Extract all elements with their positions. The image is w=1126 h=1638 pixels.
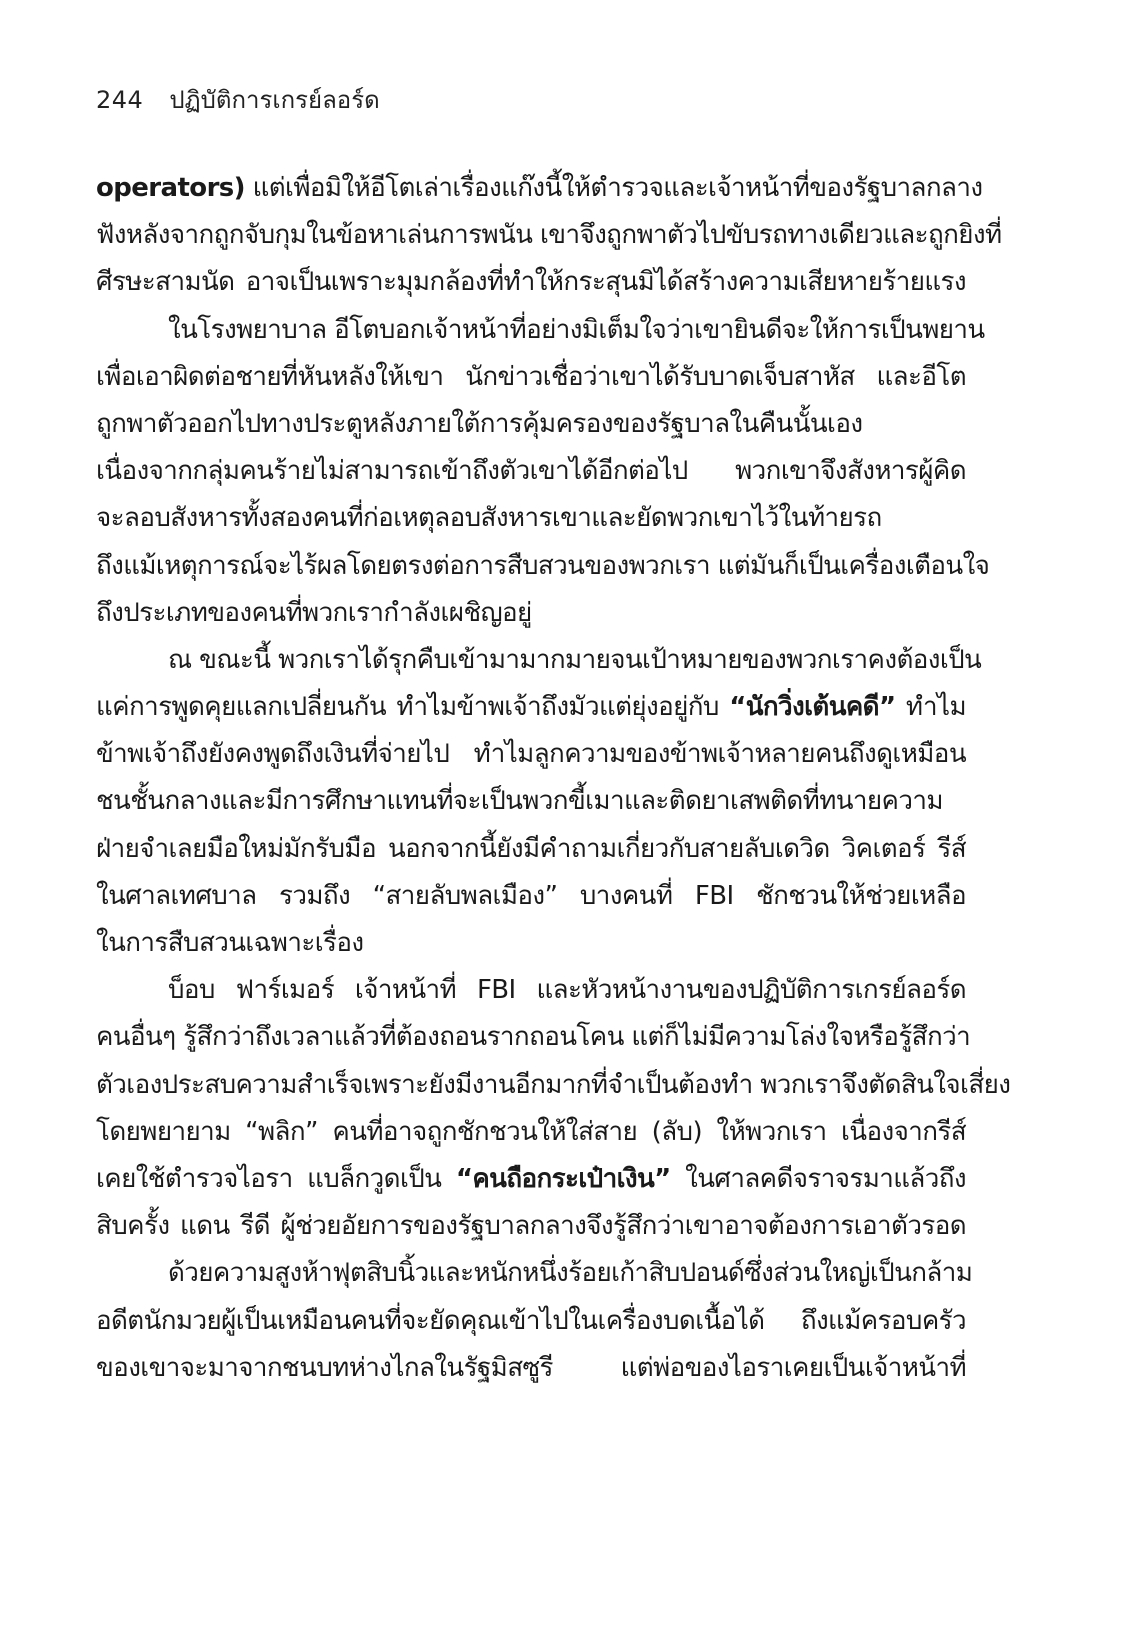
text-line: ถูกพาตัวออกไปทางประตูหลังภายใต้การคุ้มคร… bbox=[96, 401, 966, 448]
text-line: ตัวเองประสบความสำเร็จเพราะยังมีงานอีกมาก… bbox=[96, 1062, 966, 1109]
text-line: จะลอบสังหารทั้งสองคนที่ก่อเหตุลอบสังหารเ… bbox=[96, 495, 966, 542]
text-line: เคยใช้ตำรวจไอรา แบล็กวูดเป็น “คนถือกระเป… bbox=[96, 1156, 966, 1203]
text-line: โดยพยายาม “พลิก” คนที่อาจถูกชักชวนให้ใส่… bbox=[96, 1109, 966, 1156]
running-title: ปฏิบัติการเกรย์ลอร์ด bbox=[169, 82, 379, 118]
text-line: ในศาลเทศบาล รวมถึง “สายลับพลเมือง” บางคน… bbox=[96, 873, 966, 920]
text-line: ถึงแม้เหตุการณ์จะไร้ผลโดยตรงต่อการสืบสวน… bbox=[96, 543, 966, 590]
paragraph-start-line: ณ ขณะนี้ พวกเราได้รุกคืบเข้ามามากมายจนเป… bbox=[96, 637, 966, 684]
text-line: เพื่อเอาผิดต่อชายที่หันหลังให้เขา นักข่า… bbox=[96, 354, 966, 401]
text-line: แค่การพูดคุยแลกเปลี่ยนกัน ทำไมข้าพเจ้าถึ… bbox=[96, 684, 966, 731]
text-line: สิบครั้ง แดน รีดี ผู้ช่วยอัยการของรัฐบาล… bbox=[96, 1203, 966, 1250]
body-text: operators) แต่เพื่อมิให้อีโตเล่าเรื่องแก… bbox=[96, 165, 966, 1392]
text-line: ศีรษะสามนัด อาจเป็นเพราะมุมกล้องที่ทำให้… bbox=[96, 259, 966, 306]
bold-term: “นักวิ่งเต้นคดี” bbox=[729, 692, 895, 722]
paragraph-start-line: ด้วยความสูงห้าฟุตสิบนิ้วและหนักหนึ่งร้อย… bbox=[96, 1250, 966, 1297]
running-header: 244 ปฏิบัติการเกรย์ลอร์ด bbox=[96, 82, 380, 118]
page-number: 244 bbox=[96, 82, 143, 118]
text-line: ของเขาจะมาจากชนบทห่างไกลในรัฐมิสซูรี แต่… bbox=[96, 1345, 966, 1392]
text-line: ฝ่ายจำเลยมือใหม่มักรับมือ นอกจากนี้ยังมี… bbox=[96, 826, 966, 873]
bold-term: operators) bbox=[96, 173, 245, 203]
paragraph-start-line: ในโรงพยาบาล อีโตบอกเจ้าหน้าที่อย่างมิเต็… bbox=[96, 307, 966, 354]
text-line: ชนชั้นกลางและมีการศึกษาแทนที่จะเป็นพวกขี… bbox=[96, 778, 966, 825]
text-line: ข้าพเจ้าถึงยังคงพูดถึงเงินที่จ่ายไป ทำไม… bbox=[96, 731, 966, 778]
paragraph-end-line: ในการสืบสวนเฉพาะเรื่อง bbox=[96, 920, 966, 967]
paragraph-start-line: บ็อบ ฟาร์เมอร์ เจ้าหน้าที่ FBI และหัวหน้… bbox=[96, 967, 966, 1014]
text-line: operators) แต่เพื่อมิให้อีโตเล่าเรื่องแก… bbox=[96, 165, 966, 212]
paragraph-end-line: ถึงประเภทของคนที่พวกเรากำลังเผชิญอยู่ bbox=[96, 590, 966, 637]
text-line: เนื่องจากกลุ่มคนร้ายไม่สามารถเข้าถึงตัวเ… bbox=[96, 448, 966, 495]
text-line: คนอื่นๆ รู้สึกว่าถึงเวลาแล้วที่ต้องถอนรา… bbox=[96, 1014, 966, 1061]
text-line: ฟังหลังจากถูกจับกุมในข้อหาเล่นการพนัน เข… bbox=[96, 212, 966, 259]
text-line: อดีตนักมวยผู้เป็นเหมือนคนที่จะยัดคุณเข้า… bbox=[96, 1298, 966, 1345]
bold-term: “คนถือกระเป๋าเงิน” bbox=[456, 1164, 671, 1194]
